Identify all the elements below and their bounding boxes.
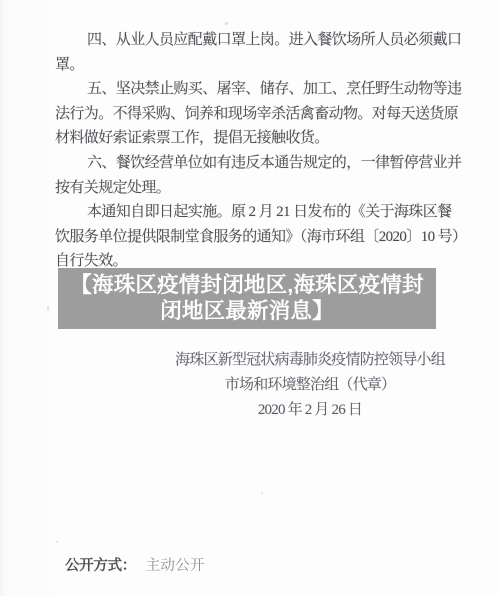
disclosure-line: 公开方式： 主动公开 — [65, 557, 205, 575]
issuing-authority-line-2: 市场和环境整治组（代章） — [150, 373, 470, 398]
disclosure-label: 公开方式： — [65, 558, 136, 574]
scan-speck — [261, 492, 263, 494]
notice-body-line: 罩。 — [55, 53, 461, 78]
notice-body: 四、从业人员应配戴口罩上岗。进入餐饮场所人员必须戴口 罩。 五、坚决禁止购买、屠… — [55, 28, 461, 274]
scan-speck — [56, 541, 58, 543]
notice-body-line-effective: 本通知自即日起实施。原 2 月 21 日发布的《关于海珠区餐 — [55, 200, 461, 225]
notice-body-line: 法行为。不得采购、饲养和现场宰杀活禽畜动物。对每天送货原 — [55, 102, 461, 127]
issue-date: 2020 年 2 月 26 日 — [150, 398, 470, 423]
scan-speck — [47, 306, 49, 311]
notice-body-line-item4: 四、从业人员应配戴口罩上岗。进入餐饮场所人员必须戴口 — [55, 28, 461, 53]
overlay-title-banner: 【海珠区疫情封闭地区,海珠区疫情封 闭地区最新消息】 — [58, 268, 436, 329]
notice-body-line: 材料做好索证索票工作，提倡无接触收货。 — [55, 126, 461, 151]
overlay-title-line-1: 【海珠区疫情封闭地区,海珠区疫情封 — [58, 272, 436, 298]
notice-body-line-item6: 六、餐饮经营单位如有违反本通告规定的，一律暂停营业并 — [55, 151, 461, 176]
notice-body-line: 饮服务单位提供限制堂食服务的通知》（海市环组〔2020〕10 号） — [55, 225, 461, 250]
overlay-title-line-2: 闭地区最新消息】 — [58, 298, 436, 324]
issuing-authority-line-1: 海珠区新型冠状病毒肺炎疫情防控领导小组 — [150, 348, 470, 373]
disclosure-value: 主动公开 — [146, 558, 205, 574]
scanned-notice-page: 四、从业人员应配戴口罩上岗。进入餐饮场所人员必须戴口 罩。 五、坚决禁止购买、屠… — [0, 0, 500, 596]
notice-body-line: 按有关规定处理。 — [55, 176, 461, 201]
signature-block: 海珠区新型冠状病毒肺炎疫情防控领导小组 市场和环境整治组（代章） 2020 年 … — [150, 348, 470, 423]
scan-speck — [225, 22, 228, 25]
notice-body-line-item5: 五、坚决禁止购买、屠宰、储存、加工、烹任野生动物等违 — [55, 77, 461, 102]
